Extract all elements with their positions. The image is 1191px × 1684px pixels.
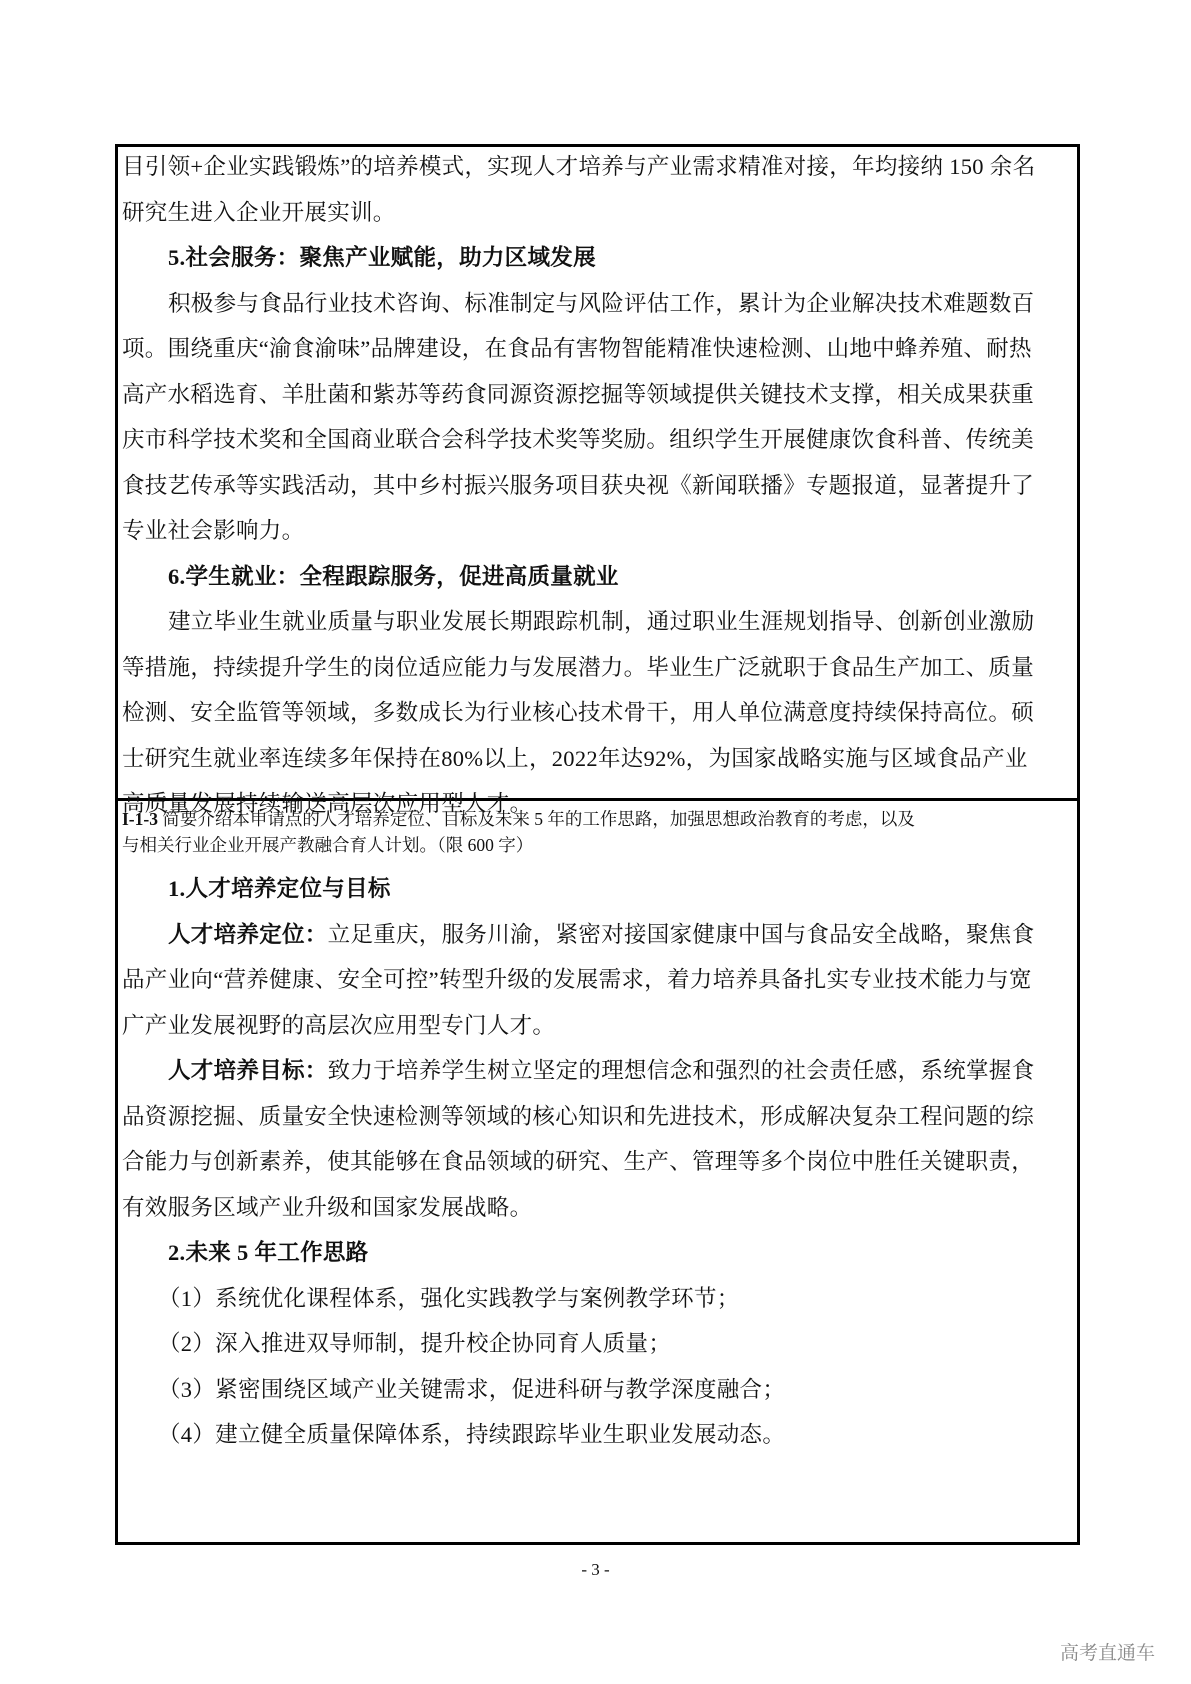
plan-item: （2）深入推进双导师制，提升校企协同育人质量； bbox=[122, 1321, 1077, 1367]
plan-item: （1）系统优化课程体系，强化实践教学与案例教学环节； bbox=[122, 1276, 1077, 1322]
section-heading-social-service: 5.社会服务：聚焦产业赋能，助力区域发展 bbox=[122, 235, 1077, 281]
prompt-text: 简要介绍本申请点的人才培养定位、目标及未来 5 年的工作思路，加强思想政治教育的… bbox=[158, 809, 915, 829]
question-code: I-1-3 bbox=[122, 809, 158, 829]
text-line: 积极参与食品行业技术咨询、标准制定与风险评估工作，累计为企业解决技术难题数百 bbox=[122, 281, 1077, 327]
text-line: 品资源挖掘、质量安全快速检测等领域的核心知识和先进技术，形成解决复杂工程问题的综 bbox=[122, 1094, 1077, 1140]
watermark: 高考直通车 bbox=[1060, 1638, 1155, 1665]
text-line: 庆市科学技术奖和全国商业联合会科学技术奖等奖励。组织学生开展健康饮食科普、传统美 bbox=[122, 417, 1077, 463]
plan-item: （3）紧密围绕区域产业关键需求，促进科研与教学深度融合； bbox=[122, 1367, 1077, 1413]
goal-label: 人才培养目标： bbox=[168, 1058, 328, 1083]
text-line: 人才培养定位：立足重庆，服务川渝，紧密对接国家健康中国与食品安全战略，聚焦食 bbox=[122, 912, 1077, 958]
text-line: 广产业发展视野的高层次应用型专门人才。 bbox=[122, 1003, 1077, 1049]
achievements-cell: 目引领+企业实践锻炼”的培养模式，实现人才培养与产业需求精准对接，年均接纳 15… bbox=[118, 144, 1077, 798]
text-line: 有效服务区域产业升级和国家发展战略。 bbox=[122, 1185, 1077, 1231]
text-line: 建立毕业生就业质量与职业发展长期跟踪机制，通过职业生涯规划指导、创新创业激励 bbox=[122, 599, 1077, 645]
text-line: 项。围绕重庆“渝食渝味”品牌建设，在食品有害物智能精准快速检测、山地中蜂养殖、耐… bbox=[122, 326, 1077, 372]
plan-item: （4）建立健全质量保障体系，持续跟踪毕业生职业发展动态。 bbox=[122, 1412, 1077, 1458]
positioning-label: 人才培养定位： bbox=[168, 922, 328, 947]
text-line: 专业社会影响力。 bbox=[122, 508, 1077, 554]
text-line: 目引领+企业实践锻炼”的培养模式，实现人才培养与产业需求精准对接，年均接纳 15… bbox=[122, 144, 1077, 190]
text-line: 高产水稻选育、羊肚菌和紫苏等药食同源资源挖掘等领域提供关键技术支撑，相关成果获重 bbox=[122, 372, 1077, 418]
question-prompt: I-1-3 简要介绍本申请点的人才培养定位、目标及未来 5 年的工作思路，加强思… bbox=[122, 801, 1077, 858]
text-line: 人才培养目标：致力于培养学生树立坚定的理想信念和强烈的社会责任感，系统掌握食 bbox=[122, 1048, 1077, 1094]
section-heading-employment: 6.学生就业：全程跟踪服务，促进高质量就业 bbox=[122, 554, 1077, 600]
text-line: 品产业向“营养健康、安全可控”转型升级的发展需求，着力培养具备扎实专业技术能力与… bbox=[122, 957, 1077, 1003]
prompt-text: 与相关行业企业开展产教融合育人计划。（限 600 字） bbox=[122, 832, 1077, 858]
text-line: 研究生进入企业开展实训。 bbox=[122, 190, 1077, 236]
text-line: 检测、安全监管等领域，多数成长为行业核心技术骨干，用人单位满意度持续保持高位。硕 bbox=[122, 690, 1077, 736]
section-heading-five-year-plan: 2.未来 5 年工作思路 bbox=[122, 1230, 1077, 1276]
text-line: 合能力与创新素养，使其能够在食品领域的研究、生产、管理等多个岗位中胜任关键职责， bbox=[122, 1139, 1077, 1185]
page-number: - 3 - bbox=[0, 1560, 1191, 1580]
text-line: 等措施，持续提升学生的岗位适应能力与发展潜力。毕业生广泛就职于食品生产加工、质量 bbox=[122, 645, 1077, 691]
text-line: 食技艺传承等实践活动，其中乡村振兴服务项目获央视《新闻联播》专题报道，显著提升了 bbox=[122, 463, 1077, 509]
plan-cell: I-1-3 简要介绍本申请点的人才培养定位、目标及未来 5 年的工作思路，加强思… bbox=[118, 801, 1077, 1542]
text-line: 士研究生就业率连续多年保持在80%以上，2022年达92%，为国家战略实施与区域… bbox=[122, 736, 1077, 782]
section-heading-positioning-goals: 1.人才培养定位与目标 bbox=[122, 866, 1077, 912]
form-table: 目引领+企业实践锻炼”的培养模式，实现人才培养与产业需求精准对接，年均接纳 15… bbox=[115, 144, 1080, 1545]
